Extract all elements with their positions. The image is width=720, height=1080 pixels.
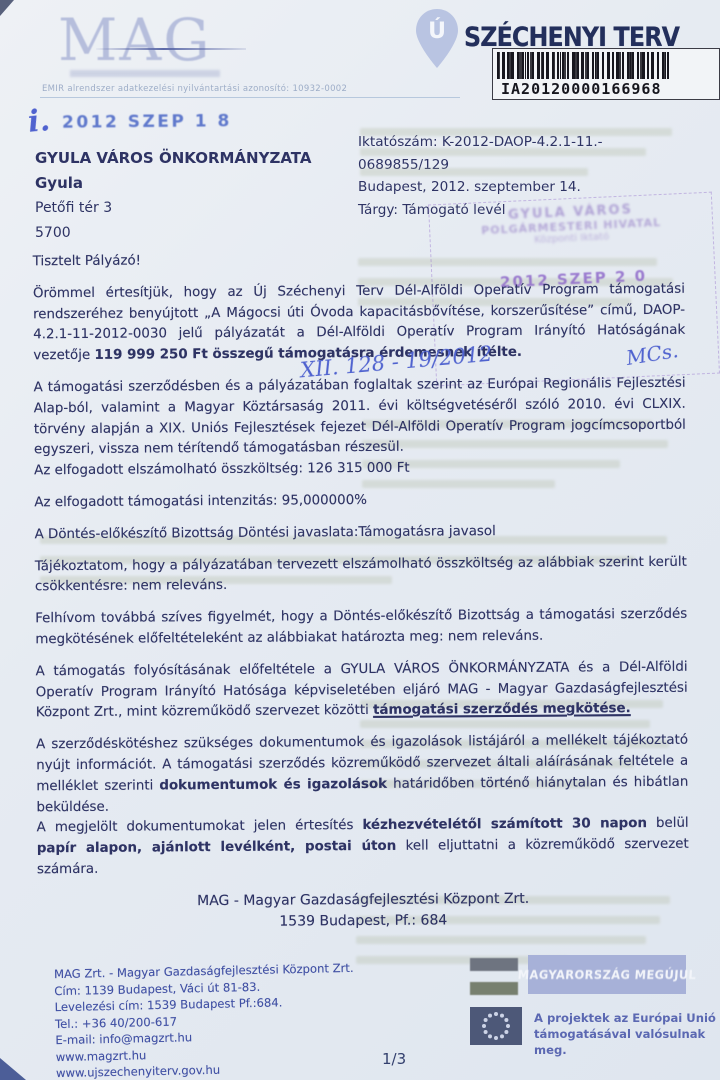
recipient-address-block: GYULA VÁROS ÖNKORMÁNYZATA Gyula Petőfi t… bbox=[35, 146, 311, 246]
sender-address: 1539 Budapest, Pf.: 684 bbox=[37, 908, 689, 934]
paragraph-deadline: A megjelölt dokumentumokat jelen értesít… bbox=[37, 814, 689, 881]
magyarorszag-megujul-banner: MAGYARORSZÁG MEGÚJUL bbox=[528, 955, 686, 994]
page-number: 1/3 bbox=[382, 1050, 406, 1068]
barcode-bars-icon bbox=[497, 52, 671, 79]
scanned-letter-page: MAG EMIR alrendszer adatkezelési nyilván… bbox=[0, 0, 720, 1080]
recipient-name: GYULA VÁROS ÖNKORMÁNYZATA bbox=[35, 146, 311, 171]
mag-logo-subtext bbox=[70, 70, 220, 77]
scan-corner-artifact bbox=[0, 1058, 26, 1080]
emir-registration-line: EMIR alrendszer adatkezelési nyilvántart… bbox=[42, 84, 347, 94]
mag-logo-text: MAG bbox=[58, 10, 228, 70]
eu-support-text: A projektek az Európai Unió támogatásáva… bbox=[534, 1010, 720, 1058]
handwritten-mark: i. bbox=[26, 103, 51, 140]
paragraph-cost-reduction: Tájékoztatom, hogy a pályázatában tervez… bbox=[35, 552, 687, 598]
recipient-city: Gyula bbox=[35, 171, 311, 196]
header-rule bbox=[40, 97, 460, 98]
szechenyi-pin-icon: Ú bbox=[414, 8, 460, 70]
mag-logo: MAG bbox=[58, 10, 228, 80]
svg-text:Ú: Ú bbox=[428, 18, 446, 44]
banner-text: MAGYARORSZÁG MEGÚJUL bbox=[517, 967, 696, 982]
eu-support-line1: A projektek az Európai Unió bbox=[534, 1010, 720, 1026]
paragraph-total-cost: Az elfogadott elszámolható összköltség: … bbox=[34, 457, 686, 482]
recipient-zip: 5700 bbox=[35, 221, 311, 246]
received-date-stamp-1: 2012 SZEP 1 8 bbox=[62, 111, 232, 132]
scan-corner-artifact bbox=[0, 0, 14, 16]
paragraph-documents: A szerződéskötéshez szükséges dokumentum… bbox=[36, 731, 689, 819]
letter-meta-block: Iktatószám: K-2012-DAOP-4.2.1-11.- 06898… bbox=[358, 131, 603, 221]
paragraph-contract-requirement: A támogatás folyósításának előfeltétele … bbox=[35, 657, 687, 724]
mag-logo-strike-line bbox=[96, 48, 246, 50]
paragraph-intensity: Az elfogadott támogatási intenzitás: 95,… bbox=[34, 489, 686, 514]
recipient-street: Petőfi tér 3 bbox=[35, 196, 311, 221]
letter-body: Tisztelt Pályázó! Örömmel értesítjük, ho… bbox=[33, 248, 690, 934]
hungarian-flag-icon bbox=[470, 958, 518, 998]
paragraph-legal-basis: A támogatási szerződésben és a pályázatá… bbox=[34, 374, 687, 462]
date-line: Budapest, 2012. szeptember 14. bbox=[358, 176, 603, 199]
reference-number-line2: 0689855/129 bbox=[358, 154, 603, 177]
paragraph-committee-proposal: A Döntés-előkészítő Bizottság Döntési ja… bbox=[35, 520, 687, 545]
salutation: Tisztelt Pályázó! bbox=[33, 248, 685, 273]
footer-contact-block: MAG Zrt. - Magyar Gazdaságfejlesztési Kö… bbox=[54, 960, 356, 1080]
eu-flag-icon bbox=[470, 1007, 522, 1045]
sender-block: MAG - Magyar Gazdaságfejlesztési Központ… bbox=[37, 887, 689, 934]
paragraph-preconditions: Felhívom továbbá szíves figyelmét, hogy … bbox=[35, 605, 687, 651]
barcode: IA20120000166968 bbox=[492, 48, 720, 100]
eu-support-line2: támogatásával valósulnak meg. bbox=[534, 1026, 720, 1058]
reference-number-line1: Iktatószám: K-2012-DAOP-4.2.1-11.- bbox=[358, 131, 603, 154]
subject-line: Tárgy: Támogató levél bbox=[358, 199, 603, 222]
barcode-number: IA20120000166968 bbox=[501, 80, 662, 98]
